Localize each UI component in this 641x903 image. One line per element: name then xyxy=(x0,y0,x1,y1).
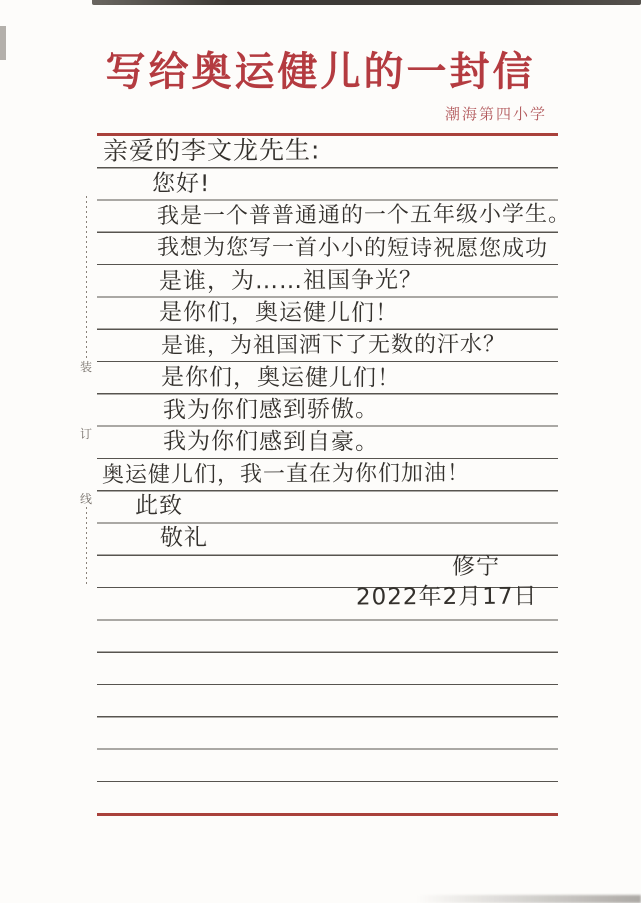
binding-dotted-line-top xyxy=(86,196,87,358)
body-line: 我为你们感到自豪。 xyxy=(163,427,379,458)
body-line: 我为你们感到骄傲。 xyxy=(163,394,379,425)
binding-char-ding: 订 xyxy=(78,425,94,442)
binding-char-zhuang: 装 xyxy=(78,358,94,375)
salutation-line: 亲爱的李文龙先生: xyxy=(103,135,321,166)
closing-line: 敬礼 xyxy=(160,523,208,553)
body-line: 是你们，奥运健儿们！ xyxy=(159,298,399,329)
closing-line: 此致 xyxy=(135,491,183,521)
body-line: 奥运健儿们，我一直在为你们加油！ xyxy=(102,459,470,491)
body-line: 我想为您写一首小小的短诗祝愿您成功 xyxy=(157,233,548,264)
date: 2022年2月17日 xyxy=(355,582,537,613)
greeting-line: 您好! xyxy=(152,169,210,199)
body-line: 是你们，奥运健儿们！ xyxy=(161,363,401,394)
scan-top-edge xyxy=(92,0,641,5)
body-line: 我是一个普普通通的一个五年级小学生。 xyxy=(157,200,571,232)
scanned-letter-page: 写给奥运健儿的一封信 潮海第四小学 装 订 线 亲爱的李文龙先生: 您好! 我是… xyxy=(0,0,641,903)
school-name: 潮海第四小学 xyxy=(445,103,547,124)
letter-title: 写给奥运健儿的一封信 xyxy=(0,40,641,97)
binding-dotted-line-bottom xyxy=(86,507,87,585)
signature: 修宁 xyxy=(452,552,500,582)
body-line: 是谁，为……祖国争光？ xyxy=(159,265,423,296)
binding-char-xian: 线 xyxy=(78,490,94,507)
body-line: 是谁，为祖国洒下了无数的汗水？ xyxy=(161,330,506,362)
scan-bottom-shadow xyxy=(416,895,641,903)
